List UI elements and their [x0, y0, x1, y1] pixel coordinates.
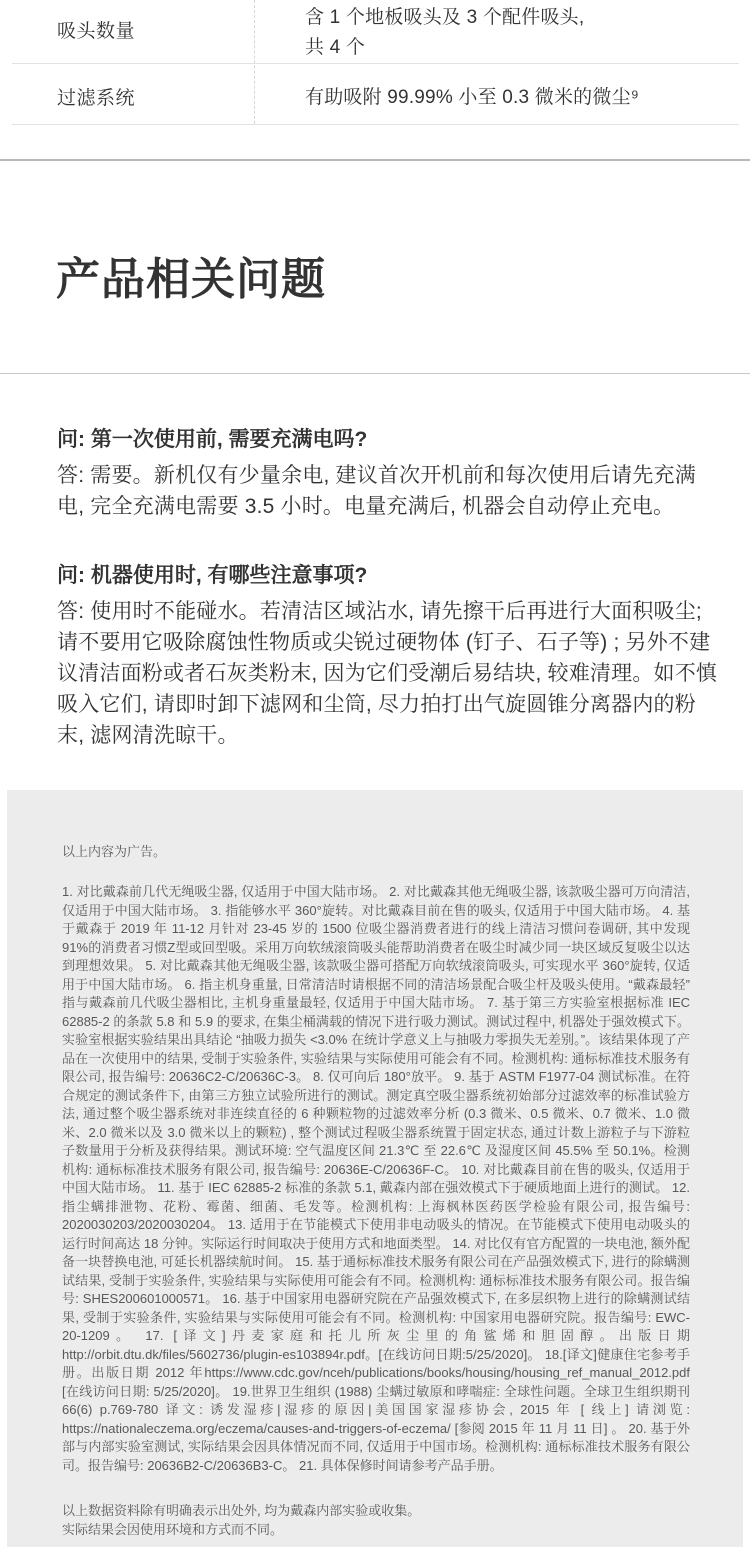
faq-answer-1: 答: 需要。新机仅有少量余电, 建议首次开机前和每次使用后请先充满电, 完全充满…: [57, 460, 722, 522]
spec-row-divider: [12, 63, 739, 64]
data-source-note-line1: 以上数据资料除有明确表示出处外, 均为戴森内部实验或收集。: [62, 1501, 690, 1520]
section-divider: [0, 373, 750, 374]
spec-value-attachment-count: 含 1 个地板吸头及 3 个配件吸头, 共 4 个: [305, 3, 720, 63]
spec-label-filtration: 过滤系统: [57, 83, 135, 110]
spec-row-divider: [12, 124, 739, 125]
spec-value-filtration: 有助吸附 99.99% 小至 0.3 微米的微尘⁹: [305, 83, 720, 113]
section-divider: [0, 159, 750, 161]
spec-table: 吸头数量 含 1 个地板吸头及 3 个配件吸头, 共 4 个 过滤系统 有助吸附…: [0, 0, 750, 124]
data-source-note-line2: 实际结果会因使用环境和方式而不同。: [62, 1520, 690, 1539]
spec-label-attachment-count: 吸头数量: [57, 16, 135, 43]
ad-disclosure-note: 以上内容为广告。: [62, 842, 690, 861]
faq-section-title: 产品相关问题: [56, 243, 326, 307]
product-detail-page: 吸头数量 含 1 个地板吸头及 3 个配件吸头, 共 4 个 过滤系统 有助吸附…: [0, 0, 750, 1547]
spec-column-divider: [254, 0, 255, 124]
legal-footnotes-text: 1. 对比戴森前几代无绳吸尘器, 仅适用于中国大陆市场。 2. 对比戴森其他无绳…: [62, 883, 690, 1475]
faq-question-2: 问: 机器使用时, 有哪些注意事项?: [57, 562, 722, 590]
disclaimer-box: 以上内容为广告。 1. 对比戴森前几代无绳吸尘器, 仅适用于中国大陆市场。 2.…: [7, 790, 743, 1547]
faq-answer-2: 答: 使用时不能碰水。若清洁区域沾水, 请先擦干后再进行大面积吸尘; 请不要用它…: [57, 596, 722, 751]
faq-question-1: 问: 第一次使用前, 需要充满电吗?: [57, 426, 722, 454]
